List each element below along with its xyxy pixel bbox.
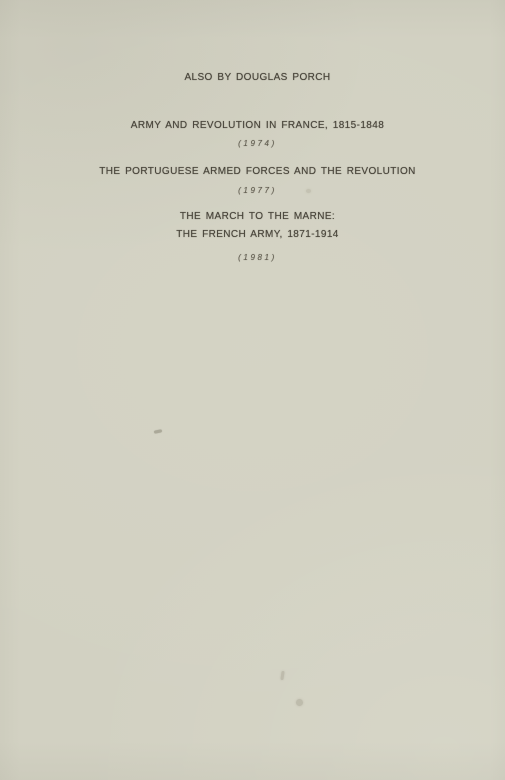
- paper-speck: [306, 189, 311, 193]
- publication-year: (1981): [5, 252, 505, 264]
- book-page: ALSO BY DOUGLAS PORCH ARMY AND REVOLUTIO…: [0, 0, 505, 780]
- paper-texture: [0, 0, 505, 780]
- book-title-line: THE MARCH TO THE MARNE:: [5, 211, 505, 223]
- book-title-line: ARMY AND REVOLUTION IN FRANCE, 1815-1848: [5, 120, 505, 132]
- paper-speck: [296, 699, 303, 706]
- book-title-line: THE PORTUGUESE ARMED FORCES AND THE REVO…: [5, 166, 505, 178]
- also-by-heading: ALSO BY DOUGLAS PORCH: [5, 72, 505, 84]
- book-title-line: THE FRENCH ARMY, 1871-1914: [5, 229, 505, 241]
- publication-year: (1974): [5, 138, 505, 150]
- publication-year: (1977): [5, 185, 505, 197]
